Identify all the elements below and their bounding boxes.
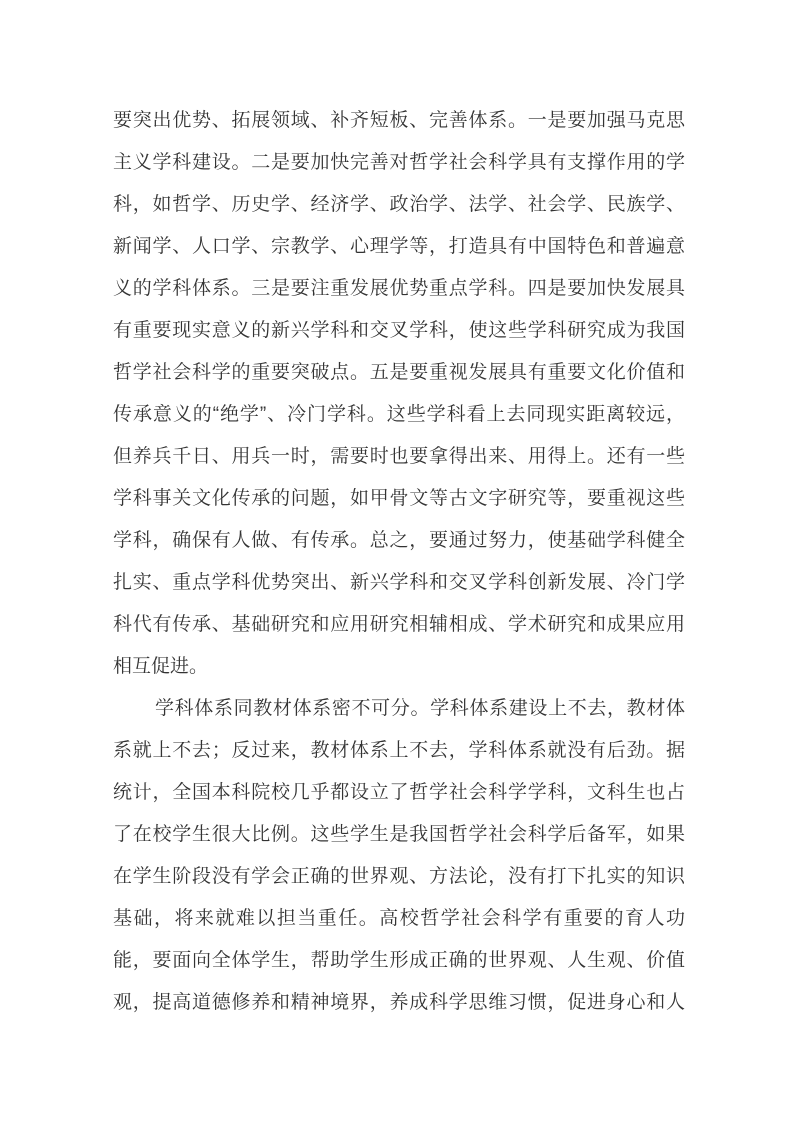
text-line: 学科体系同教材体系密不可分。学科体系建设上不去，教材体 — [113, 688, 685, 730]
text-line: 学科事关文化传承的问题，如甲骨文等古文字研究等，要重视这些 — [113, 478, 685, 520]
text-line: 能，要面向全体学生，帮助学生形成正确的世界观、人生观、价值 — [113, 940, 685, 982]
text-line: 观，提高道德修养和精神境界，养成科学思维习惯，促进身心和人 — [113, 982, 685, 1024]
text-line: 哲学社会科学的重要突破点。五是要重视发展具有重要文化价值和 — [113, 352, 685, 394]
text-line: 但养兵千日、用兵一时，需要时也要拿得出来、用得上。还有一些 — [113, 436, 685, 478]
text-line: 在学生阶段没有学会正确的世界观、方法论，没有打下扎实的知识 — [113, 856, 685, 898]
paragraph: 学科体系同教材体系密不可分。学科体系建设上不去，教材体系就上不去；反过来，教材体… — [113, 688, 685, 1024]
document-page: 要突出优势、拓展领域、补齐短板、完善体系。一是要加强马克思主义学科建设。二是要加… — [0, 0, 800, 1130]
text-line: 扎实、重点学科优势突出、新兴学科和交叉学科创新发展、冷门学 — [113, 562, 685, 604]
text-line: 基础，将来就难以担当重任。高校哲学社会科学有重要的育人功 — [113, 898, 685, 940]
paragraph: 要突出优势、拓展领域、补齐短板、完善体系。一是要加强马克思主义学科建设。二是要加… — [113, 100, 685, 688]
text-line: 统计，全国本科院校几乎都设立了哲学社会科学学科，文科生也占 — [113, 772, 685, 814]
text-line: 科，如哲学、历史学、经济学、政治学、法学、社会学、民族学、 — [113, 184, 685, 226]
text-line: 有重要现实意义的新兴学科和交叉学科，使这些学科研究成为我国 — [113, 310, 685, 352]
text-line: 相互促进。 — [113, 646, 685, 688]
text-line: 传承意义的“绝学”、冷门学科。这些学科看上去同现实距离较远， — [113, 394, 685, 436]
text-line: 要突出优势、拓展领域、补齐短板、完善体系。一是要加强马克思 — [113, 100, 685, 142]
text-line: 系就上不去；反过来，教材体系上不去，学科体系就没有后劲。据 — [113, 730, 685, 772]
document-text-block: 要突出优势、拓展领域、补齐短板、完善体系。一是要加强马克思主义学科建设。二是要加… — [113, 100, 685, 1024]
text-line: 新闻学、人口学、宗教学、心理学等，打造具有中国特色和普遍意 — [113, 226, 685, 268]
text-line: 科代有传承、基础研究和应用研究相辅相成、学术研究和成果应用 — [113, 604, 685, 646]
text-line: 了在校学生很大比例。这些学生是我国哲学社会科学后备军，如果 — [113, 814, 685, 856]
text-line: 主义学科建设。二是要加快完善对哲学社会科学具有支撑作用的学 — [113, 142, 685, 184]
text-line: 学科，确保有人做、有传承。总之，要通过努力，使基础学科健全 — [113, 520, 685, 562]
text-line: 义的学科体系。三是要注重发展优势重点学科。四是要加快发展具 — [113, 268, 685, 310]
